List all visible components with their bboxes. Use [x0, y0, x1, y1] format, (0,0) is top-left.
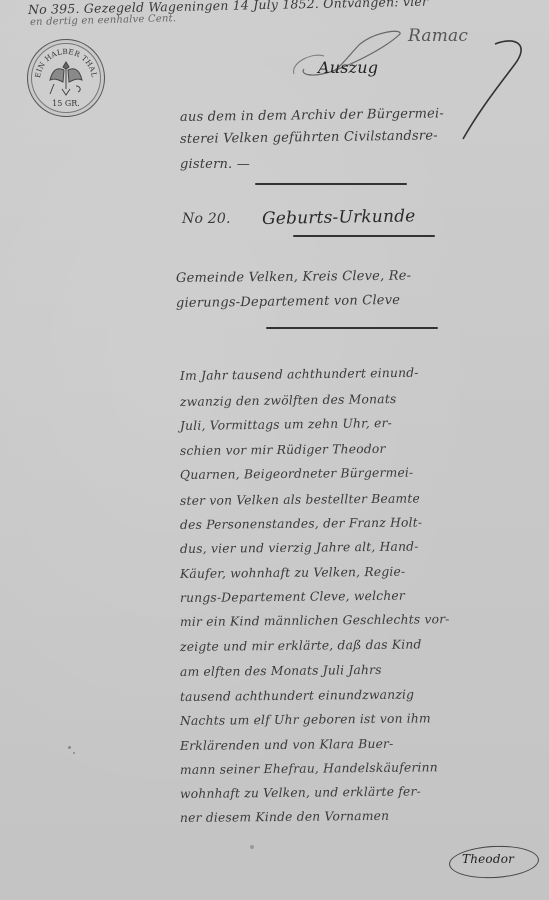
body-line: ner diesem Kinde den Vornamen — [180, 809, 389, 825]
body-line: Juli, Vormittags um zehn Uhr, er- — [180, 416, 392, 433]
official-signature: Ramac — [408, 26, 468, 46]
body-line: mann seiner Ehefrau, Handelskäuferinn — [180, 760, 438, 777]
divider-rule — [255, 183, 407, 185]
body-line: schien vor mir Rüdiger Theodor — [180, 442, 386, 458]
auszug-heading: Auszug — [318, 58, 378, 77]
body-line: Käufer, wohnhaft zu Velken, Regie- — [180, 565, 405, 581]
body-line: mir ein Kind männlichen Geschlechts vor- — [180, 612, 450, 629]
municipality-line-1: Gemeinde Velken, Kreis Cleve, Re- — [176, 269, 411, 286]
body-line: Nachts um elf Uhr geboren ist von ihm — [180, 711, 431, 728]
document-page: No 395. Gezegeld Wageningen 14 July 1852… — [0, 0, 549, 900]
body-line: zwanzig den zwölften des Monats — [180, 392, 397, 409]
body-line: dus, vier und vierzig Jahre alt, Hand- — [180, 540, 419, 556]
intro-line-3: gistern. — — [180, 157, 250, 172]
paper-speck — [250, 845, 254, 849]
eagle-emblem-icon: EIN HALBER THALER 15 GR. — [28, 40, 104, 116]
body-line: ster von Velken als bestellter Beamte — [180, 491, 420, 508]
body-line: des Personenstandes, der Franz Holt- — [180, 515, 422, 532]
certificate-title: Geburts-Urkunde — [262, 206, 416, 229]
intro-line-2: sterei Velken geführten Civilstandsre- — [180, 128, 438, 147]
body-line: zeigte und mir erklärte, daß das Kind — [180, 637, 422, 654]
title-underline — [293, 235, 435, 237]
body-line: Im Jahr tausend achthundert einund- — [180, 366, 419, 383]
body-line: Quarnen, Beigeordneter Bürgermei- — [180, 466, 414, 482]
body-line: am elften des Monats Juli Jahrs — [180, 663, 382, 679]
body-line: tausend achthundert einundzwanzig — [180, 688, 414, 704]
paper-speck — [68, 746, 71, 749]
certificate-number: No 20. — [182, 211, 231, 227]
tax-stamp: EIN HALBER THALER 15 GR. — [27, 39, 105, 117]
body-line: Erklärenden und von Klara Buer- — [180, 737, 394, 753]
body-line: wohnhaft zu Velken, und erklärte fer- — [180, 784, 421, 801]
given-name: Theodor — [462, 852, 514, 866]
paper-speck — [73, 752, 75, 754]
body-line: rungs-Departement Cleve, welcher — [180, 589, 405, 605]
divider-rule — [266, 327, 438, 329]
stamp-value-text: 15 GR. — [52, 99, 80, 108]
municipality-line-2: gierungs-Departement von Cleve — [176, 293, 400, 311]
